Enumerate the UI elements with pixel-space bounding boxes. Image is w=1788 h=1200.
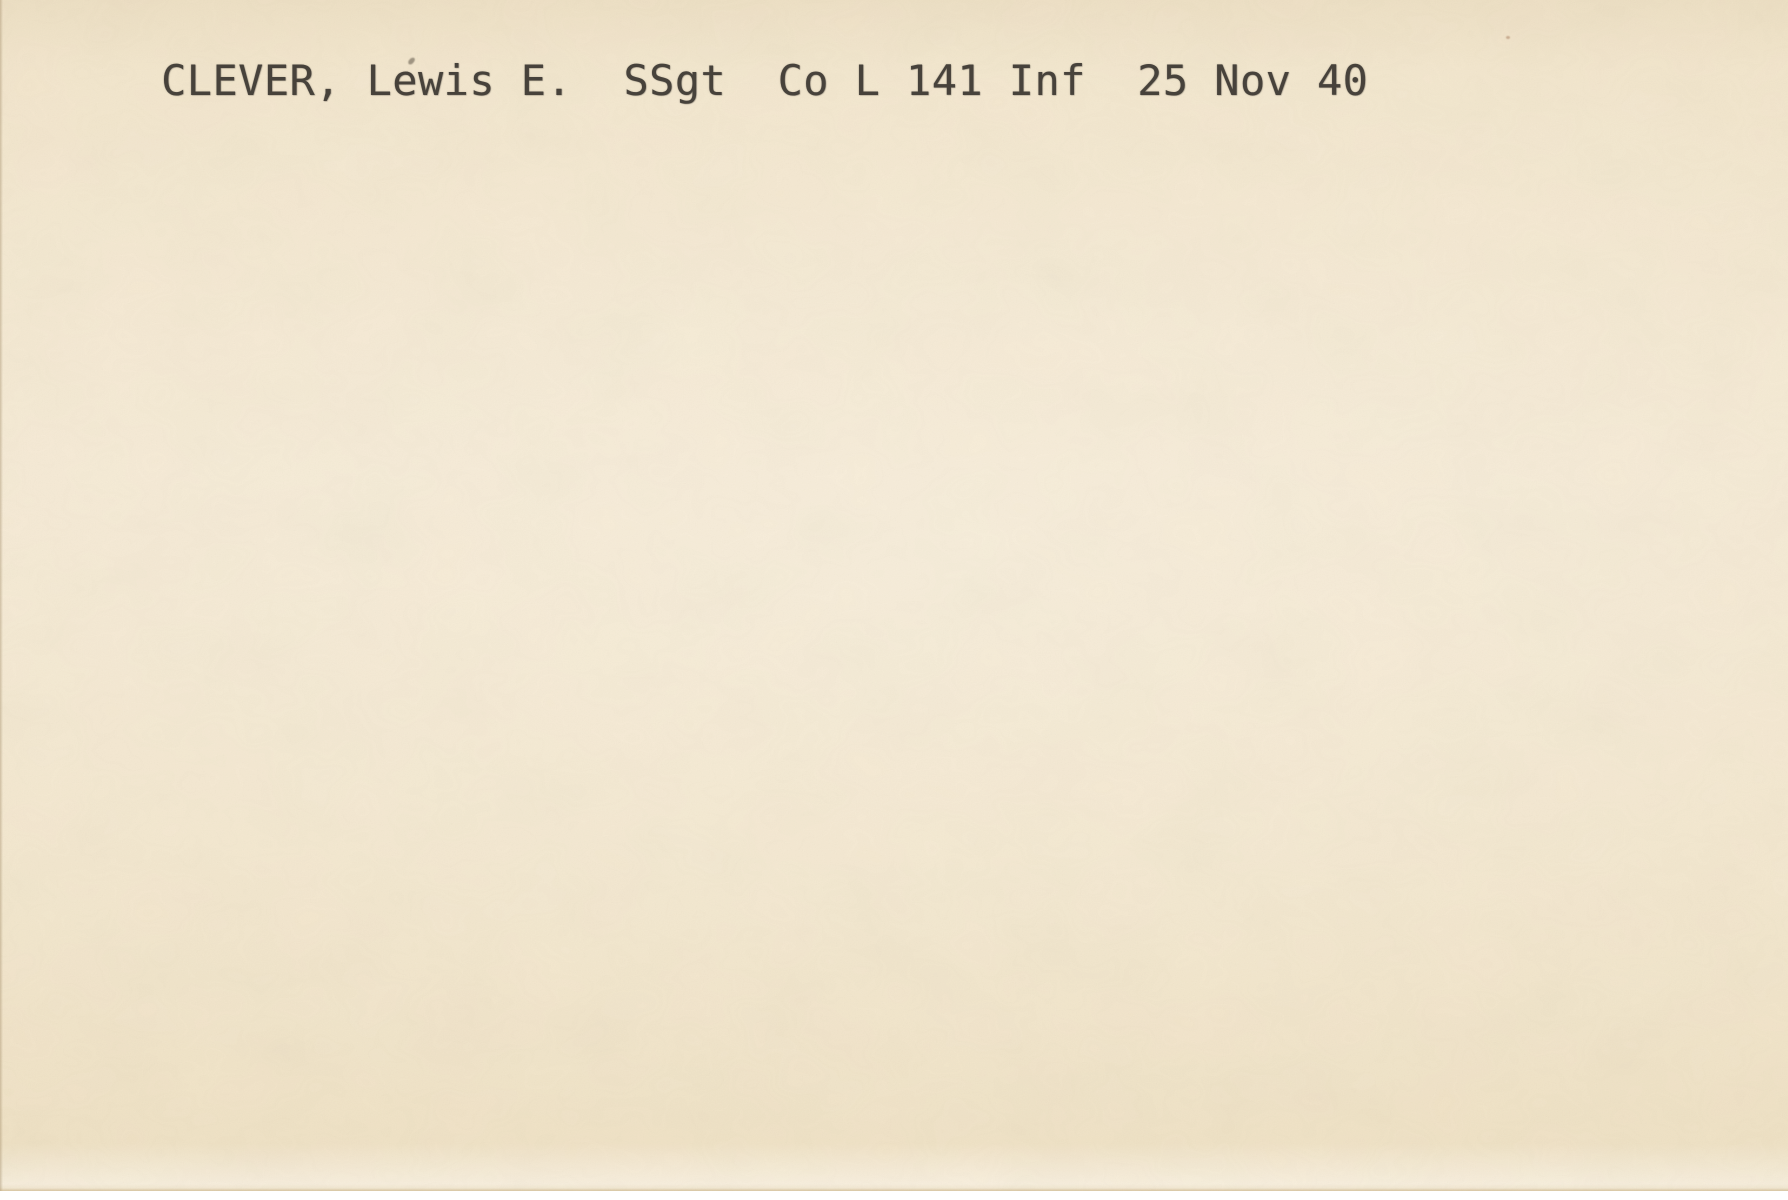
scan-background: CLEVER, Lewis E. SSgt Co L 141 Inf 25 No… — [0, 0, 1788, 1200]
card-bottom-edge — [0, 1188, 1788, 1191]
typed-entry-text: CLEVER, Lewis E. SSgt Co L 141 Inf 25 No… — [161, 56, 1368, 105]
card-left-edge — [0, 0, 3, 1191]
paper-texture — [0, 0, 1788, 1191]
paper-fiber-speck — [1506, 36, 1510, 39]
typed-entry-line: CLEVER, Lewis E. SSgt Co L 141 Inf 25 No… — [7, 0, 1368, 165]
index-card: CLEVER, Lewis E. SSgt Co L 141 Inf 25 No… — [0, 0, 1788, 1191]
